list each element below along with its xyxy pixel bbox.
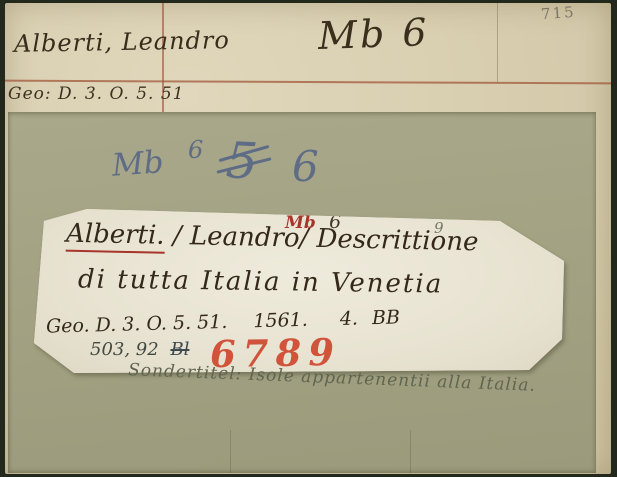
title-label: Alberti. / Leandro/ Descrittione Mb 6 9 …: [32, 205, 567, 377]
blue-note-mb: Mb: [111, 144, 165, 184]
label-separator: /: [173, 221, 182, 251]
paper-crease: [410, 430, 411, 473]
label-pages: 503, 92: [90, 339, 159, 360]
label-line4: 503, 92 Bl: [90, 339, 189, 360]
corner-pencil-number: 715: [540, 3, 576, 23]
catalog-card-scan: Alberti, Leandro Geo: D. 3. O. 5. 51 Mb …: [0, 0, 617, 477]
inserted-mb-red: Mb: [285, 213, 316, 233]
label-format: 4.: [340, 307, 359, 329]
label-format-size: BB: [372, 306, 401, 329]
blue-note-six-large: 6: [292, 142, 319, 191]
pencil-mark-nine: 9: [434, 219, 444, 237]
signature-mb6: Mb 6: [317, 10, 430, 58]
label-line2: di tutta Italia in Venetia: [78, 264, 444, 299]
inserted-signature: Mb 6: [285, 211, 341, 233]
author-heading: Alberti, Leandro: [14, 26, 230, 58]
label-year: 1561.: [253, 309, 308, 332]
blue-note-six-small: 6: [188, 136, 203, 164]
label-crossed-bl: Bl: [170, 339, 189, 360]
vertical-crease-line: [497, 3, 498, 82]
shelfmark-heading: Geo: D. 3. O. 5. 51: [8, 84, 184, 104]
inserted-six: 6: [329, 211, 341, 233]
label-line1: Alberti. / Leandro/ Descrittione: [66, 219, 479, 258]
title-label-wrap: Alberti. / Leandro/ Descrittione Mb 6 9 …: [32, 205, 567, 377]
paper-crease: [230, 430, 231, 473]
label-shelfmark: Geo. D. 3. O. 5. 51.: [46, 311, 228, 338]
label-author: Alberti.: [66, 219, 165, 254]
